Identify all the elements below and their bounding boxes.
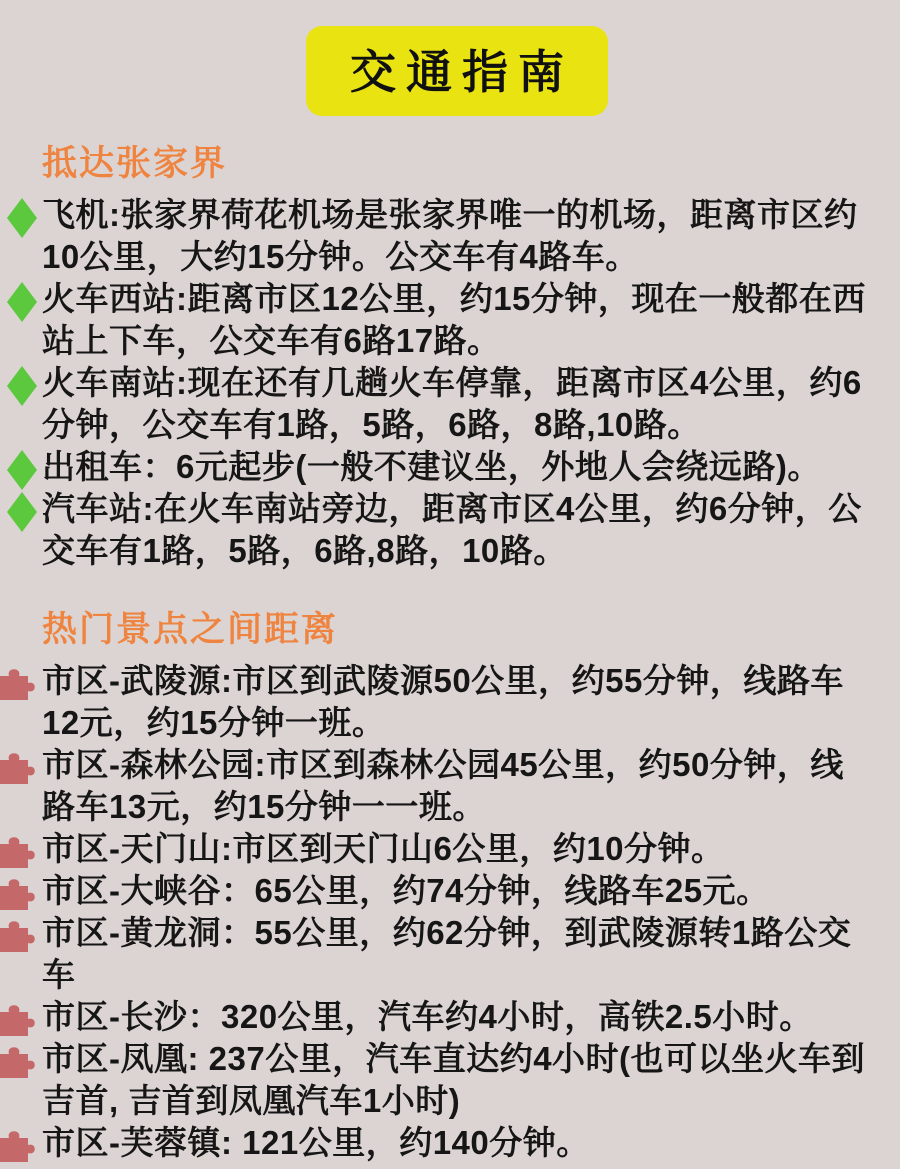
list-item-text: 火车西站:距离市区12公里，约15分钟，现在一般都在西站上下车，公交车有6路17… (42, 280, 866, 359)
list-item: 飞机:张家界荷花机场是张家界唯一的机场，距离市区约10公里，大约15分钟。公交车… (42, 194, 872, 278)
puzzle-icon (0, 664, 36, 702)
list-item: 火车西站:距离市区12公里，约15分钟，现在一般都在西站上下车，公交车有6路17… (42, 278, 872, 362)
list-item-text: 市区-天门山:市区到天门山6公里，约10分钟。 (42, 830, 725, 867)
puzzle-icon (0, 1126, 36, 1164)
list-item-text: 飞机:张家界荷花机场是张家界唯一的机场，距离市区约10公里，大约15分钟。公交车… (42, 196, 858, 275)
list-item-text: 市区-凤凰: 237公里，汽车直达约4小时(也可以坐火车到吉首, 吉首到凤凰汽车… (42, 1040, 865, 1119)
list-item-text: 市区-黄龙洞：55公里，约62分钟，到武陵源转1路公交车 (42, 914, 851, 993)
traffic-guide-page: 交通指南 抵达张家界 飞机:张家界荷花机场是张家界唯一的机场，距离市区约10公里… (0, 0, 900, 1169)
list-item: 市区-长沙：320公里，汽车约4小时，高铁2.5小时。 (42, 996, 872, 1038)
page-title-wrap: 交通指南 (42, 26, 872, 116)
list-item-text: 市区-长沙：320公里，汽车约4小时，高铁2.5小时。 (42, 998, 813, 1035)
list-item: 出租车：6元起步(一般不建议坐，外地人会绕远路)。 (42, 446, 872, 488)
list-item: 汽车站:在火车南站旁边，距离市区4公里，约6分钟，公交车有1路，5路，6路,8路… (42, 488, 872, 572)
list-item-text: 出租车：6元起步(一般不建议坐，外地人会绕远路)。 (42, 448, 821, 485)
page-title-badge: 交通指南 (306, 26, 608, 116)
puzzle-icon (0, 874, 36, 912)
list-item-text: 市区-森林公园:市区到森林公园45公里，约50分钟，线路车13元，约15分钟一一… (42, 746, 844, 825)
list-item: 市区-天门山:市区到天门山6公里，约10分钟。 (42, 828, 872, 870)
list-item: 火车南站:现在还有几趟火车停靠，距离市区4公里，约6分钟，公交车有1路，5路，6… (42, 362, 872, 446)
list-item: 市区-黄龙洞：55公里，约62分钟，到武陵源转1路公交车 (42, 912, 872, 996)
arrival-list: 飞机:张家界荷花机场是张家界唯一的机场，距离市区约10公里，大约15分钟。公交车… (42, 194, 872, 572)
puzzle-icon (0, 748, 36, 786)
diamond-icon (6, 197, 38, 239)
list-item-text: 市区-武陵源:市区到武陵源50公里，约55分钟，线路车12元，约15分钟一班。 (42, 662, 844, 741)
page-title: 交通指南 (350, 46, 574, 98)
list-item: 市区-武陵源:市区到武陵源50公里，约55分钟，线路车12元，约15分钟一班。 (42, 660, 872, 744)
diamond-icon (6, 491, 38, 533)
list-item-text: 汽车站:在火车南站旁边，距离市区4公里，约6分钟，公交车有1路，5路，6路,8路… (42, 490, 862, 569)
distance-list: 市区-武陵源:市区到武陵源50公里，约55分钟，线路车12元，约15分钟一班。 … (42, 660, 872, 1164)
diamond-icon (6, 281, 38, 323)
puzzle-icon (0, 832, 36, 870)
puzzle-icon (0, 1000, 36, 1038)
puzzle-icon (0, 1042, 36, 1080)
list-item-text: 市区-大峡谷：65公里，约74分钟，线路车25元。 (42, 872, 770, 909)
list-item-text: 火车南站:现在还有几趟火车停靠，距离市区4公里，约6分钟，公交车有1路，5路，6… (42, 364, 862, 443)
list-item-text: 市区-芙蓉镇: 121公里，约140分钟。 (42, 1124, 590, 1161)
list-item: 市区-大峡谷：65公里，约74分钟，线路车25元。 (42, 870, 872, 912)
section-heading-distances: 热门景点之间距离 (42, 602, 872, 652)
diamond-icon (6, 365, 38, 407)
list-item: 市区-凤凰: 237公里，汽车直达约4小时(也可以坐火车到吉首, 吉首到凤凰汽车… (42, 1038, 872, 1122)
list-item: 市区-芙蓉镇: 121公里，约140分钟。 (42, 1122, 872, 1164)
section-heading-arrival: 抵达张家界 (42, 136, 872, 186)
puzzle-icon (0, 916, 36, 954)
list-item: 市区-森林公园:市区到森林公园45公里，约50分钟，线路车13元，约15分钟一一… (42, 744, 872, 828)
diamond-icon (6, 449, 38, 491)
